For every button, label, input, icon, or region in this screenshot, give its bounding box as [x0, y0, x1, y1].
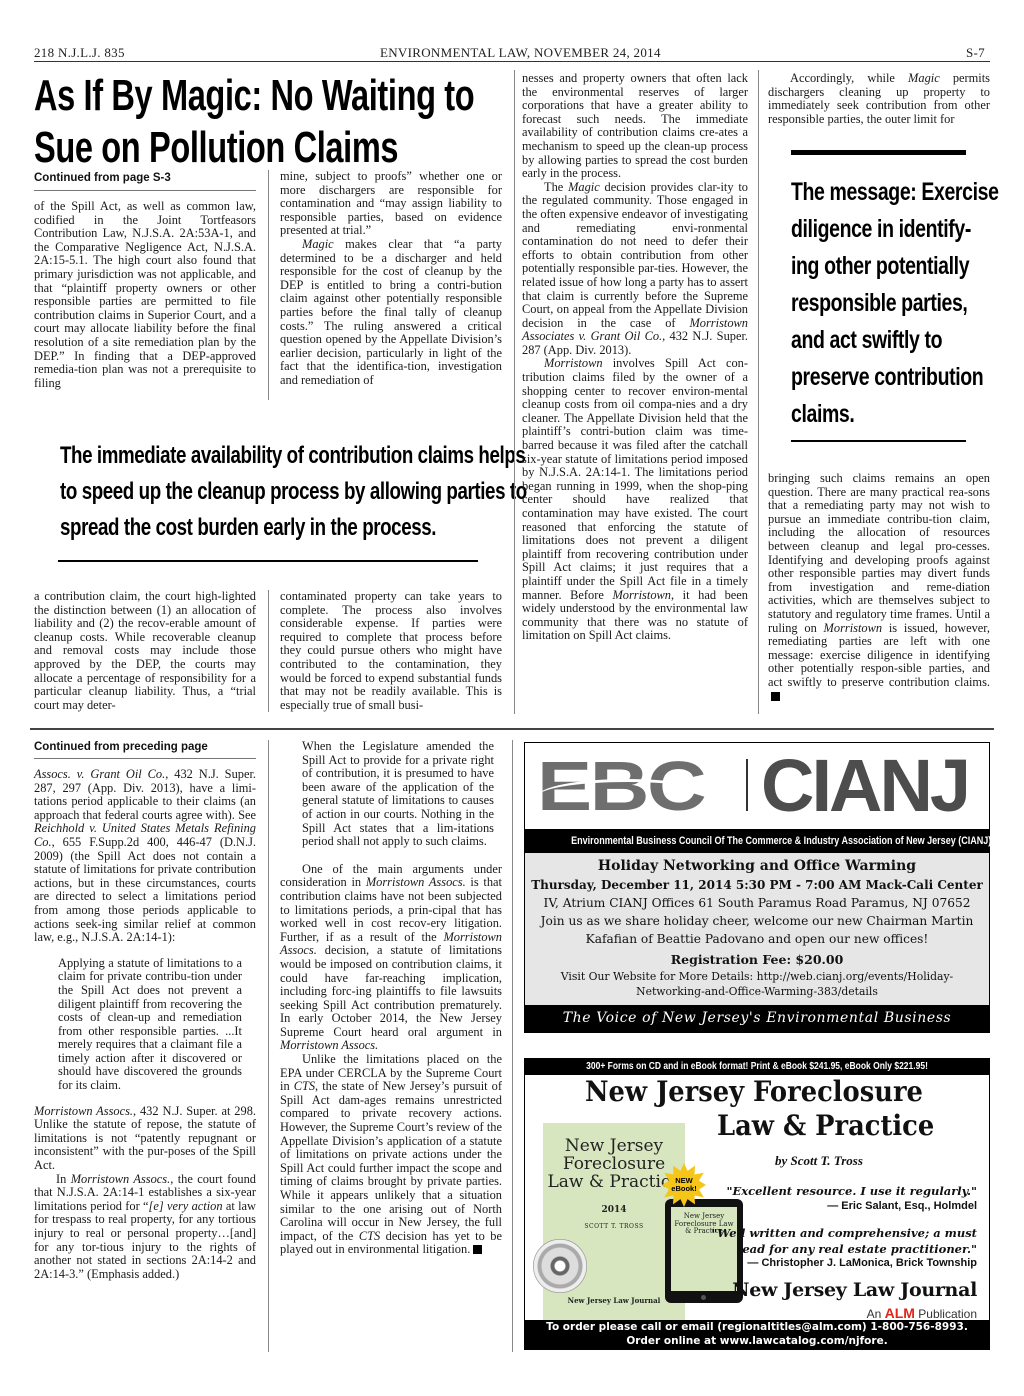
text: , the state of New Jersey’s pursuit of S… [280, 1079, 502, 1243]
continued-from-preceding-label: Continued from preceding page [34, 741, 208, 753]
pull-quote-top-rule [791, 150, 966, 155]
tablet-screen: New Jersey Foreclosure Law & Practice [671, 1207, 737, 1291]
order-info-band: To order please call or email (regionalt… [525, 1320, 989, 1349]
event-datetime: Thursday, December 11, 2014 5:30 PM - 7:… [525, 876, 989, 894]
pull-quote-line: preserve contribution [791, 359, 928, 396]
case-name: Morristown Assocs. [280, 1038, 378, 1052]
pull-quote-line: claims. [791, 396, 928, 433]
case-name: Magic [908, 71, 940, 85]
paragraph: of the Spill Act, as well as common law,… [34, 200, 256, 390]
running-header-section: ENVIRONMENTAL LAW, NOVEMBER 24, 2014 [380, 45, 661, 61]
event-url-line-1[interactable]: Visit Our Website for More Details: http… [525, 969, 989, 984]
end-mark-icon [771, 692, 780, 701]
article-col1-top: of the Spill Act, as well as common law,… [34, 200, 256, 390]
paragraph: contaminated property can take years to … [280, 590, 502, 712]
text: Accordingly, while [790, 71, 908, 85]
text: Publication [915, 1307, 977, 1321]
pull-quote-wide: The immediate availability of contributi… [60, 438, 500, 546]
article-col3: nesses and property owners that often la… [522, 72, 748, 643]
continued-col1: Assocs. v. Grant Oil Co., 432 N.J. Super… [34, 768, 256, 1281]
section-separator [30, 728, 994, 730]
ebc-cianj-event-ad[interactable]: EBC CIANJ Environmental Business Council… [524, 742, 990, 1033]
event-invite-2: Kafafian of Beattie Padovano and open ou… [525, 930, 989, 948]
article-col1-bottom: a contribution claim, the court high-lig… [34, 590, 256, 712]
text: , 655 F.Supp.2d 400, 446-47 (D.N.J. 2009… [34, 835, 256, 944]
case-name: Morristown Assocs. [71, 1172, 171, 1186]
event-url-line-2[interactable]: Networking-and-Office-Warming-383/detail… [525, 984, 989, 999]
paragraph: bringing such claims remains an open que… [768, 472, 990, 703]
text: decision, a statute of limitations would… [280, 943, 502, 1039]
case-name: Assocs. v. Grant Oil Co. [34, 767, 165, 781]
case-name: CTS [294, 1079, 315, 1093]
paragraph: In Morristown Assocs., the court found t… [34, 1173, 256, 1282]
paragraph: Morristown involves Spill Act con-tribut… [522, 357, 748, 642]
pull-quote-line: responsible parties, [791, 285, 928, 322]
column-divider [268, 170, 269, 400]
header-rule [34, 61, 990, 62]
paragraph: Unlike the limitations placed on the EPA… [280, 1053, 502, 1257]
column-divider [758, 70, 759, 714]
running-header-citation: 218 N.J.L.J. 835 [34, 45, 125, 61]
pull-quote-line: ing other potentially [791, 248, 928, 285]
column-divider [268, 590, 269, 712]
ad-organization-band: Environmental Business Council Of The Co… [525, 829, 989, 853]
end-mark-icon [473, 1245, 482, 1254]
logo-divider [746, 759, 748, 811]
paragraph: Accordingly, while Magic permits dischar… [768, 72, 990, 126]
block-quote: When the Legislature amended the Spill A… [280, 740, 502, 849]
cover-year: 2014 [543, 1205, 685, 1215]
article-col4-top: Accordingly, while Magic permits dischar… [768, 72, 990, 126]
paragraph: Morristown Assocs., 432 N.J. Super. at 2… [34, 1105, 256, 1173]
column-divider [268, 740, 269, 1352]
case-name: Morristown [544, 356, 603, 370]
case-name: Magic [568, 180, 600, 194]
text: An [867, 1307, 885, 1321]
article-col2-bottom: contaminated property can take years to … [280, 590, 502, 712]
paragraph: Magic makes clear that “a party determin… [280, 238, 502, 388]
book-author: by Scott T. Tross [775, 1153, 863, 1169]
case-name: Morristown Assocs. [34, 1104, 133, 1118]
kicker-rule [34, 758, 256, 759]
continued-col2: When the Legislature amended the Spill A… [280, 740, 502, 1257]
paragraph: a contribution claim, the court high-lig… [34, 590, 256, 712]
testimonial-1: "Excellent resource. I use it regularly.… [726, 1183, 977, 1199]
text: decision provides clar-ity to the regula… [522, 180, 748, 330]
alm-logo: ALM [885, 1305, 915, 1321]
ad-event-details: Holiday Networking and Office Warming Th… [525, 853, 989, 1006]
kicker-rule [34, 190, 256, 191]
njlj-logo: New Jersey Law Journal [732, 1279, 977, 1301]
paragraph: One of the main arguments under consider… [280, 863, 502, 1053]
registration-fee: Registration Fee: $20.00 [525, 950, 989, 969]
case-name: Morristown [824, 621, 883, 635]
ad-logos: EBC CIANJ [525, 743, 989, 829]
headline-line-1: As If By Magic: No Waiting to [34, 70, 474, 122]
organization-name: Environmental Business Council Of The Co… [571, 829, 991, 853]
pull-quote-line: The immediate availability of contributi… [60, 438, 403, 474]
order-phone-email[interactable]: To order please call or email (regionalt… [525, 1321, 989, 1335]
text: The [544, 180, 568, 194]
event-location: IV, Atrium CIANJ Offices 61 South Paramu… [525, 894, 989, 912]
case-name: CTS [359, 1229, 380, 1243]
column-divider [512, 740, 513, 1352]
foreclosure-book-ad[interactable]: 300+ Forms on CD and in eBook format! Pr… [524, 1058, 990, 1350]
event-title: Holiday Networking and Office Warming [525, 856, 989, 876]
article-col4-bottom: bringing such claims remains an open que… [768, 472, 990, 703]
ad-tagline: The Voice of New Jersey's Environmental … [525, 1005, 989, 1032]
pull-quote-line: spread the cost burden early in the proc… [60, 510, 403, 546]
pull-quote-line: to speed up the cleanup process by allow… [60, 474, 403, 510]
pull-quote-side: The message: Exercise diligence in ident… [791, 174, 966, 433]
paragraph: Assocs. v. Grant Oil Co., 432 N.J. Super… [34, 768, 256, 945]
tablet-home-button-icon [701, 1295, 706, 1300]
pull-quote-rule [58, 560, 478, 562]
order-online-url[interactable]: Order online at www.lawcatalog.com/njfor… [525, 1335, 989, 1349]
text: makes clear that “a party determined to … [280, 237, 502, 387]
text: bringing such claims remains an open que… [768, 471, 990, 635]
testimonial-2-line-2: read for any real estate practitioner." [736, 1241, 977, 1257]
testimonial-2-attribution: — Christopher J. LaMonica, Brick Townshi… [747, 1256, 977, 1270]
event-invite-1: Join us as we share holiday cheer, welco… [525, 912, 989, 930]
testimonial-1-attribution: — Eric Salant, Esq., Holmdel [827, 1199, 977, 1213]
cover-publisher: New Jersey Law Journal [543, 1296, 685, 1305]
block-quote: Applying a statute of limitations to a c… [34, 957, 256, 1093]
price-text: 300+ Forms on CD and in eBook format! Pr… [586, 1059, 928, 1075]
continued-from-label: Continued from page S-3 [34, 172, 171, 184]
text: involves Spill Act con-tribution claims … [522, 356, 748, 601]
book-title-line-2: Law & Practice [717, 1109, 934, 1143]
article-col2-top: mine, subject to proofs” whether one or … [280, 170, 502, 388]
pull-quote-line: The message: Exercise [791, 174, 928, 211]
book-cover-image: New Jersey Foreclosure Law & Practice 20… [543, 1123, 685, 1323]
headline-line-2: Sue on Pollution Claims [34, 122, 398, 174]
book-title-line-1: New Jersey Foreclosure [585, 1075, 923, 1109]
ad-price-banner: 300+ Forms on CD and in eBook format! Pr… [525, 1059, 989, 1075]
paragraph: The Magic decision provides clar-ity to … [522, 181, 748, 358]
cianj-logo: CIANJ [761, 749, 968, 823]
case-name: Magic [302, 237, 334, 251]
case-name: Morristown [612, 588, 671, 602]
cd-disc-icon [533, 1239, 587, 1293]
running-header-page: S-7 [966, 45, 985, 61]
paragraph: nesses and property owners that often la… [522, 72, 748, 181]
emphasis: [e] very action [149, 1199, 223, 1213]
pull-quote-line: diligence in identify- [791, 211, 928, 248]
pull-quote-line: and act swiftly to [791, 322, 928, 359]
case-name: Morristown Assocs. [366, 875, 466, 889]
cover-author: SCOTT T. TROSS [543, 1223, 685, 1230]
paragraph: mine, subject to proofs” whether one or … [280, 170, 502, 238]
alm-publication-label: An ALM Publication [867, 1305, 977, 1321]
pull-quote-bottom-rule [791, 440, 966, 442]
text: In [56, 1172, 71, 1186]
column-divider [514, 70, 515, 714]
testimonial-2-line-1: "Well written and comprehensive; a must [711, 1225, 977, 1241]
cover-title: New Jersey Foreclosure Law & Practice [543, 1137, 685, 1191]
